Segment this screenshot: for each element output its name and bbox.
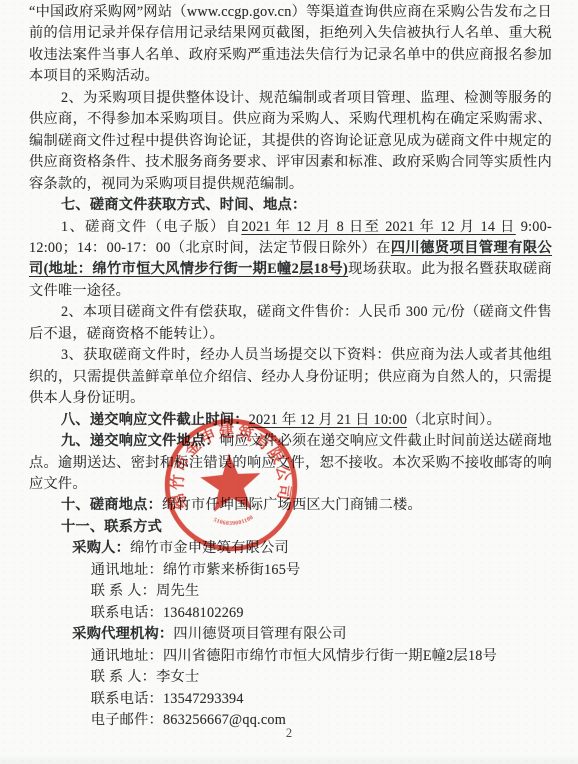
text-run: 2021 年 12 月 8 日至 2021 年 12 月 14 日 bbox=[241, 219, 515, 235]
svg-text:5106839001100: 5106839001100 bbox=[212, 514, 255, 528]
scan-edge-shadow bbox=[0, 754, 578, 764]
seal-serial-text: 5106839001100 bbox=[212, 514, 255, 528]
text-run: 采购人： bbox=[72, 540, 130, 556]
text-run: （北京时间）。 bbox=[407, 412, 501, 428]
paragraph: 通讯地址：绵竹市紫来桥街165号 bbox=[29, 560, 552, 581]
text-run: 2、为采购项目提供整体设计、规范编制或者项目管理、监理、检测等服务的供应商，不得… bbox=[29, 90, 552, 192]
paragraph: 采购代理机构：四川德贤项目管理有限公司 bbox=[29, 624, 552, 645]
paragraph: 1、磋商文件（电子版）自2021 年 12 月 8 日至 2021 年 12 月… bbox=[29, 217, 552, 303]
paragraph: 2、为采购项目提供整体设计、规范编制或者项目管理、监理、检测等服务的供应商，不得… bbox=[29, 88, 552, 195]
text-run: 联 系 人：周先生 bbox=[91, 583, 200, 599]
paragraph: 七、磋商文件获取方式、时间、地点： bbox=[29, 195, 552, 216]
text-run: 1、磋商文件（电子版）自 bbox=[61, 219, 241, 235]
text-run: “中国政府采购网”网站（www.ccgp.gov.cn）等渠道查询供应商在采购公… bbox=[29, 4, 552, 84]
text-run: 通讯地址：四川省德阳市绵竹市恒大风情步行街一期E幢2层18号 bbox=[91, 648, 497, 664]
text-run: 七、磋商文件获取方式、时间、地点： bbox=[61, 197, 306, 213]
paragraph: 联 系 人：李女士 bbox=[29, 667, 552, 688]
text-run: 联系电话：13648102269 bbox=[91, 605, 244, 621]
text-run: 3、获取磋商文件时，经办人员当场提交以下资料：供应商为法人或者其他组织的，只需提… bbox=[29, 347, 552, 406]
text-run: 联 系 人：李女士 bbox=[91, 669, 200, 685]
paragraph: 2、本项目磋商文件有偿获取，磋商文件售价：人民币 300 元/份（磋商文件售后不… bbox=[29, 302, 552, 345]
text-run: 采购代理机构： bbox=[72, 626, 173, 642]
text-run: 2、本项目磋商文件有偿获取，磋商文件售价：人民币 300 元/份（磋商文件售后不… bbox=[29, 304, 552, 341]
text-run: 四川德贤项目管理有限公司 bbox=[173, 626, 346, 642]
paragraph: 联 系 人：周先生 bbox=[29, 581, 552, 602]
text-run: 十一、联系方式 bbox=[61, 519, 162, 535]
paragraph: “中国政府采购网”网站（www.ccgp.gov.cn）等渠道查询供应商在采购公… bbox=[29, 2, 552, 88]
seal-star bbox=[199, 451, 263, 512]
document-page: “中国政府采购网”网站（www.ccgp.gov.cn）等渠道查询供应商在采购公… bbox=[0, 0, 578, 764]
paragraph: 通讯地址：四川省德阳市绵竹市恒大风情步行街一期E幢2层18号 bbox=[29, 646, 552, 667]
paragraph: 3、获取磋商文件时，经办人员当场提交以下资料：供应商为法人或者其他组织的，只需提… bbox=[29, 345, 552, 409]
document-body: “中国政府采购网”网站（www.ccgp.gov.cn）等渠道查询供应商在采购公… bbox=[29, 2, 552, 731]
text-run: 十、磋商地点： bbox=[61, 497, 162, 513]
paragraph: 联系电话：13547293394 bbox=[29, 689, 552, 710]
company-seal: 绵竹市金申建筑有限公司 5106839001100 bbox=[157, 411, 304, 558]
text-run: 通讯地址：绵竹市紫来桥街165号 bbox=[91, 562, 301, 578]
page-number: 2 bbox=[0, 726, 578, 741]
paragraph: 联系电话：13648102269 bbox=[29, 603, 552, 624]
text-run: 联系电话：13547293394 bbox=[91, 691, 244, 707]
